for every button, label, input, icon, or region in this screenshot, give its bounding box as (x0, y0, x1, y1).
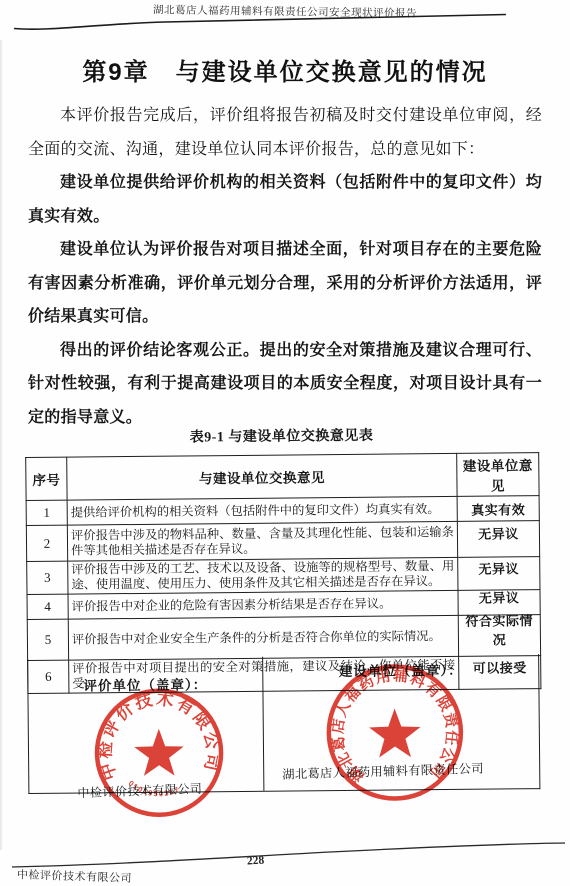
opinion-text: 无异议 (478, 523, 519, 542)
stamp-star-icon (369, 708, 421, 757)
stamp-star-icon (134, 729, 184, 776)
chapter-title: 第9章 与建设单位交换意见的情况 (0, 52, 570, 87)
table-header-row: 序号 与建设单位交换意见 建设单位意见 (26, 453, 539, 501)
row-opinion: 无异议 (458, 557, 540, 591)
table-row: 3 评价报告中涉及的工艺、技术以及设备、设施等的规格型号、数量、用途、使用温度、… (27, 557, 540, 595)
signoff-band: 评价单位（盖章）： 中检评价技术有限公司 中检评价技术有限公司 01019503… (27, 654, 540, 794)
col-header-opinion: 建设单位意见 (457, 453, 539, 497)
opinion-text: 无异议 (478, 558, 519, 577)
row-opinion: 无异议 (457, 521, 539, 558)
opinion-text: 符合实际情况 (462, 610, 537, 649)
row-content: 评价报告中对企业安全生产条件的分析是否符合你单位的实际情况。 (68, 615, 458, 660)
svg-text:0101950317: 0101950317 (127, 778, 182, 799)
row-no: 4 (27, 594, 68, 619)
paragraph-opinion-2: 建设单位认为评价报告对项目描述全面，针对项目存在的主要危险有害因素分析准确，评价… (28, 233, 542, 334)
evaluator-company-stamp: 中检评价技术有限公司 0101950317 (88, 682, 229, 823)
builder-signoff-cell: 建设单位（盖章）： 湖北葛店人福药用辅料有限责任公司 湖北葛店人福药用辅料有限责… (263, 654, 539, 791)
col-header-no: 序号 (26, 457, 67, 500)
evaluator-signoff-cell: 评价单位（盖章）： 中检评价技术有限公司 中检评价技术有限公司 01019503… (28, 657, 264, 793)
page-number: 228 (247, 855, 265, 868)
table-caption: 表9-1 与建设单位交换意见表 (25, 423, 538, 448)
row-no: 2 (26, 525, 67, 561)
paragraph-opinion-1: 建设单位提供给评价机构的相关资料（包括附件中的复印文件）均真实有效。 (28, 166, 542, 233)
body-paragraphs: 本评价报告完成后，评价组将报告初稿及时交付建设单位审阅，经全面的交流、沟通，建设… (28, 99, 542, 434)
row-no: 3 (27, 561, 68, 594)
opinion-text: 真实有效 (471, 502, 525, 518)
row-opinion: 符合实际情况 (458, 615, 540, 657)
builder-company-stamp: 湖北葛店人福药用辅料有限责任公司 (319, 657, 470, 808)
table-section: 表9-1 与建设单位交换意见表 序号 与建设单位交换意见 建设单位意见 1 提供… (0, 421, 570, 846)
table-row: 2 评价报告中涉及的物料品种、数量、含量及其理化性能、包装和运输条件等其他相关描… (26, 521, 539, 562)
row-opinion: 真实有效 (457, 496, 539, 522)
paragraph-intro: 本评价报告完成后，评价组将报告初稿及时交付建设单位审阅，经全面的交流、沟通，建设… (28, 99, 542, 166)
row-content: 评价报告中对企业的危险有害因素分析结果是否存在异议。 (68, 590, 458, 619)
footer-company: 中检评价技术有限公司 (17, 866, 132, 886)
paragraph-opinion-3: 得出的评价结论客观公正。提出的安全对策措施及建议合理可行、针对性较强，有利于提高… (28, 334, 542, 435)
stamp-code: 0101950317 (127, 778, 182, 799)
header-rule-line (0, 0, 570, 40)
table-row: 5 评价报告中对企业安全生产条件的分析是否符合你单位的实际情况。 符合实际情况 (27, 615, 540, 661)
col-header-content: 与建设单位交换意见 (67, 453, 457, 500)
row-no: 1 (26, 500, 67, 525)
report-page: 湖北葛店人福药用辅料有限责任公司安全现状评价报告 第9章 与建设单位交换意见的情… (0, 0, 570, 886)
row-content: 评价报告中涉及的工艺、技术以及设备、设施等的规格型号、数量、用途、使用温度、使用… (68, 557, 458, 594)
row-no: 5 (27, 619, 68, 660)
footer-rule-line (0, 838, 570, 872)
row-content: 提供给评价机构的相关资料（包括附件中的复印文件）均真实有效。 (67, 496, 457, 525)
opinion-text: 无异议 (479, 587, 520, 606)
row-content: 评价报告中涉及的物料品种、数量、含量及其理化性能、包装和运输条件等其他相关描述是… (67, 521, 457, 561)
